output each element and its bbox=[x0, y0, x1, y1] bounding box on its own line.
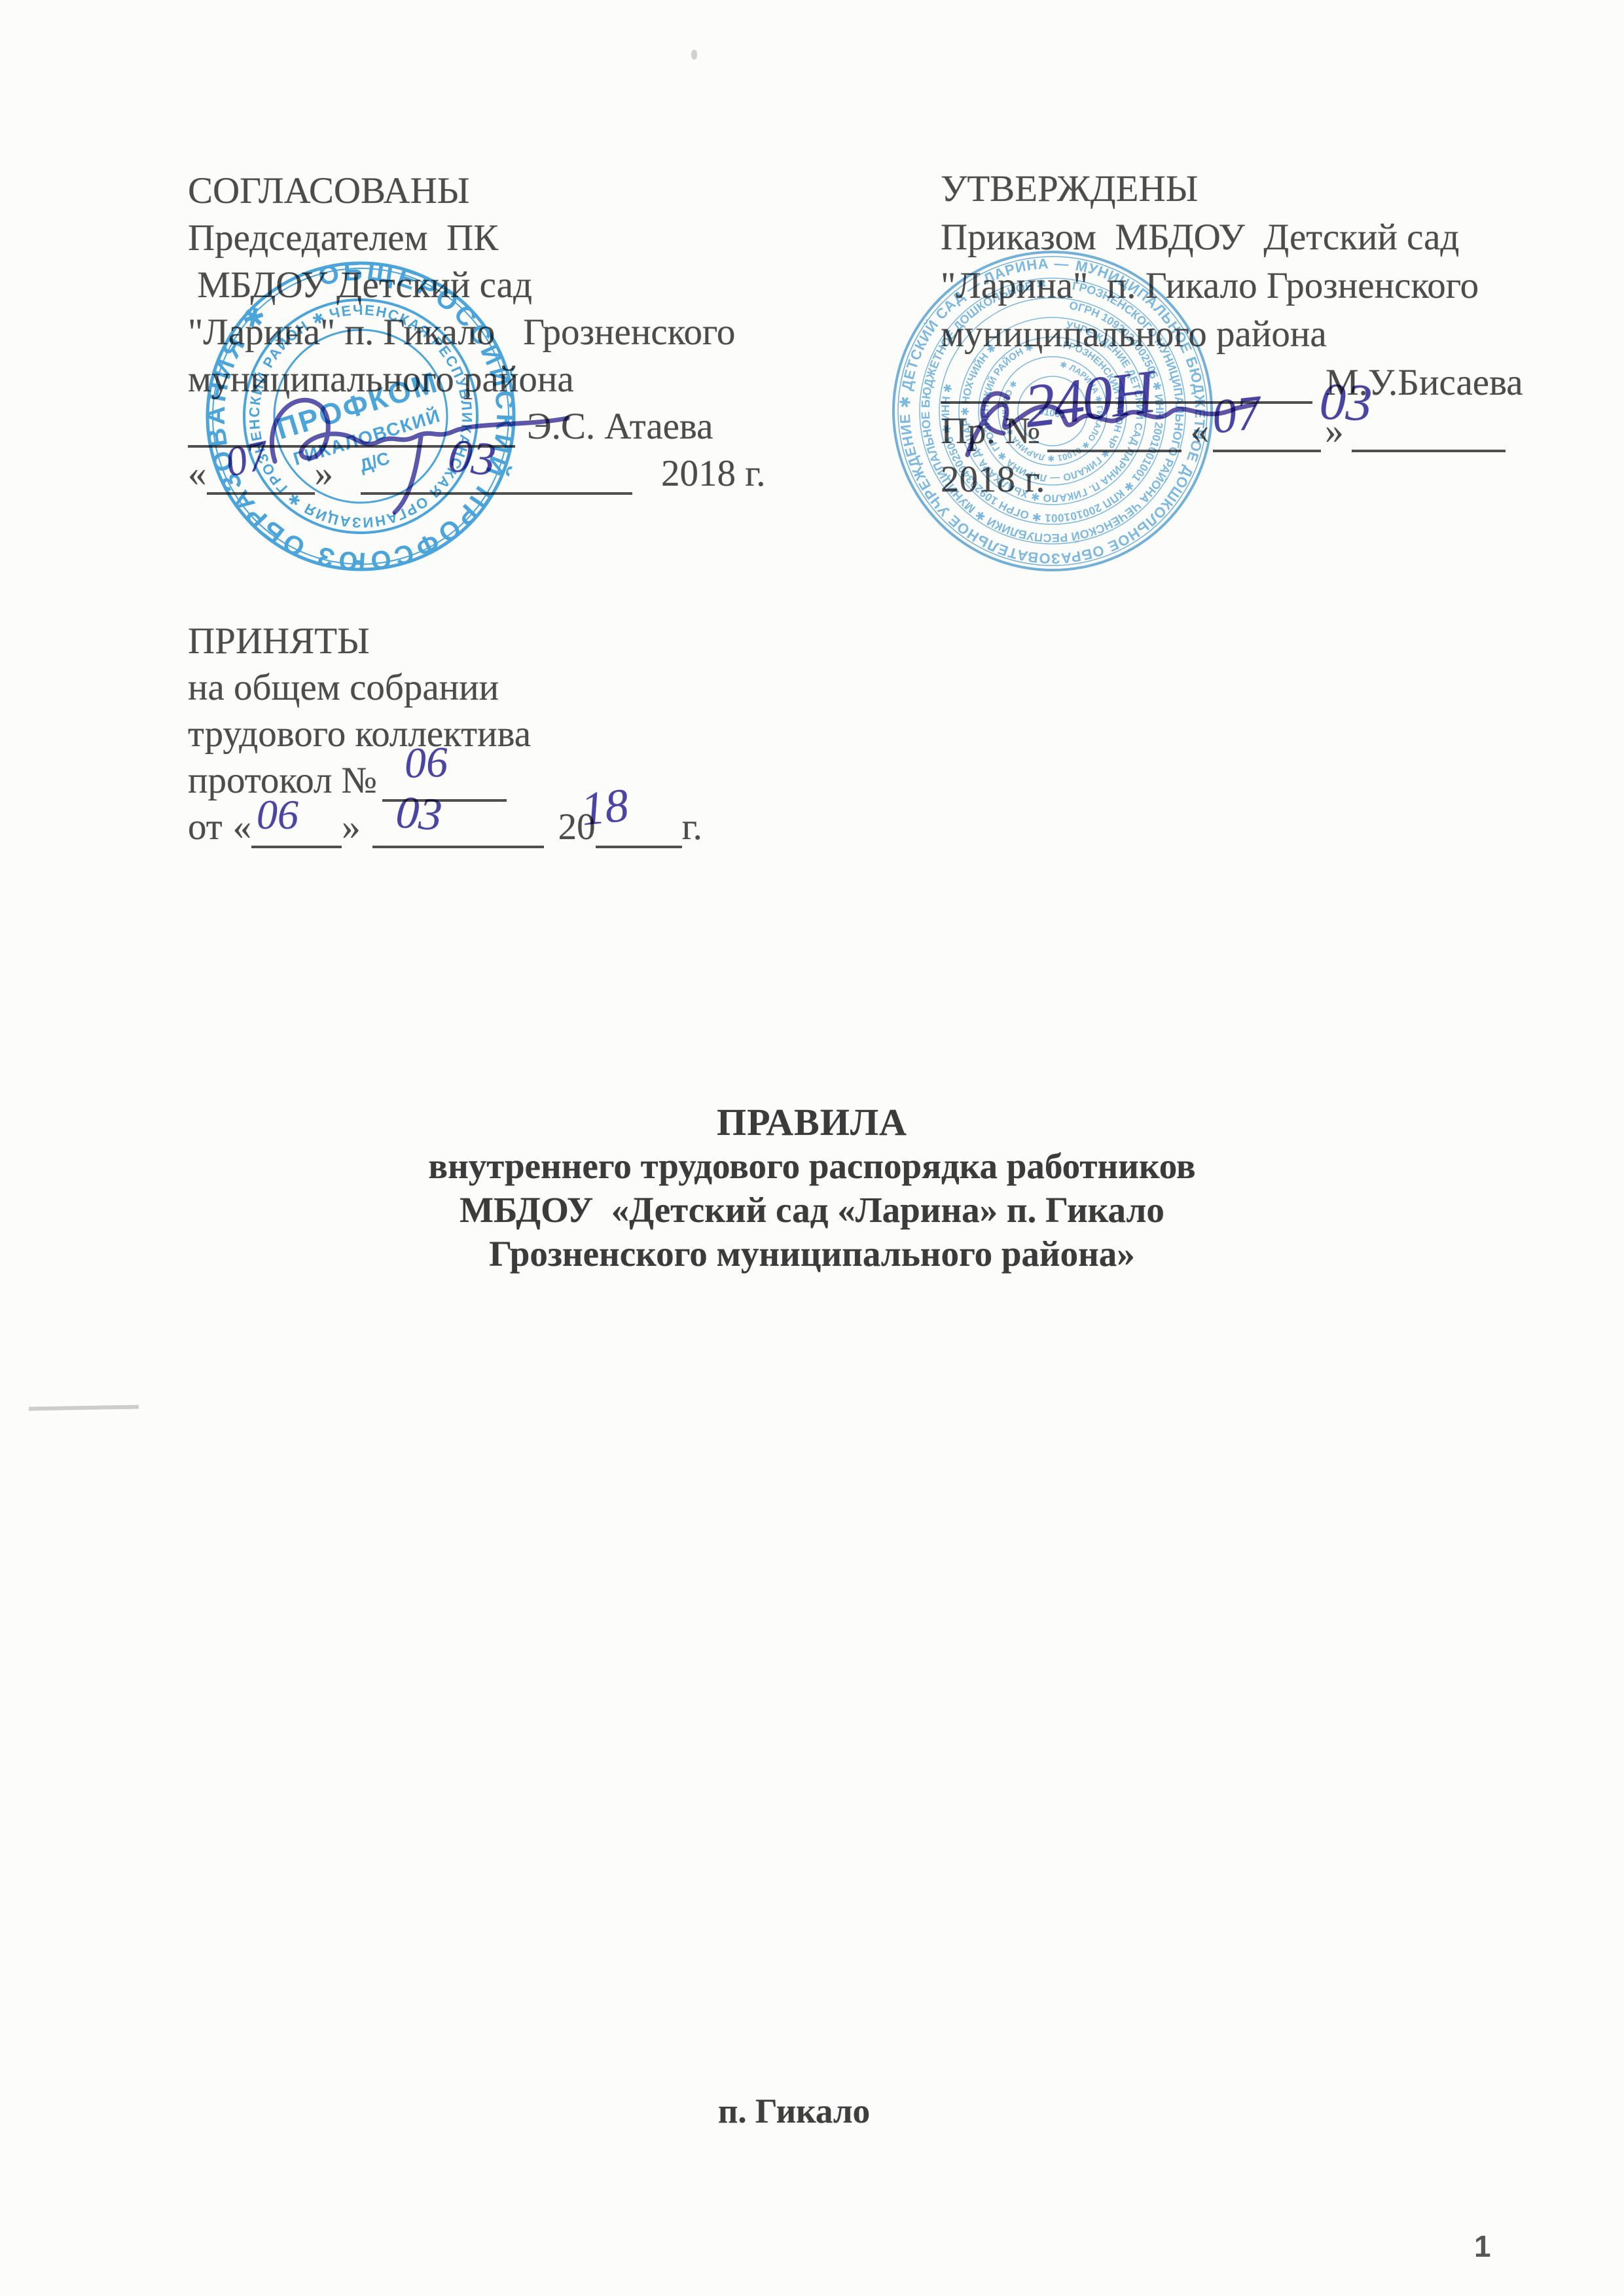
agreed-year-label: 2018 г. bbox=[661, 453, 765, 494]
year-blank bbox=[596, 838, 682, 848]
month-blank bbox=[1352, 442, 1506, 452]
from-label: от bbox=[188, 806, 223, 848]
title-line-4: Грозненского муниципального района» bbox=[0, 1232, 1624, 1276]
agreed-heading: СОГЛАСОВАНЫ bbox=[188, 168, 765, 215]
place-line: п. Гикало bbox=[0, 2092, 1588, 2131]
day-blank bbox=[251, 838, 342, 848]
scan-speck bbox=[691, 50, 697, 60]
title-line-1: ПРАВИЛА bbox=[0, 1100, 1624, 1144]
document-title: ПРАВИЛА внутреннего трудового распорядка… bbox=[0, 1100, 1624, 1276]
title-line-2: внутреннего трудового распорядка работни… bbox=[0, 1144, 1624, 1188]
scanned-document-page: СОГЛАСОВАНЫ Председателем ПК МБДОУ Детск… bbox=[0, 0, 1624, 2296]
adopted-line: на общем собрании bbox=[188, 664, 702, 711]
scan-dash-artifact bbox=[29, 1405, 139, 1411]
month-blank bbox=[372, 838, 544, 848]
adopted-hw-day: 06 bbox=[257, 791, 298, 839]
open-quote: « bbox=[188, 453, 207, 494]
agreed-hw-month: 03 bbox=[446, 428, 498, 487]
adopted-hw-year: 18 bbox=[579, 778, 631, 836]
approved-hw-month: 03 bbox=[1318, 372, 1373, 434]
agreed-signature-ink bbox=[245, 363, 599, 527]
adopted-hw-protocol-no: 06 bbox=[404, 738, 449, 789]
year-suffix: г. bbox=[682, 806, 702, 848]
adopted-hw-month: 03 bbox=[394, 787, 443, 842]
approved-heading: УТВЕРЖДЕНЫ bbox=[941, 165, 1523, 213]
page-number: 1 bbox=[1474, 2229, 1491, 2264]
open-quote: « bbox=[233, 806, 252, 848]
close-quote: » bbox=[342, 806, 361, 848]
title-line-3: МБДОУ «Детский сад «Ларина» п. Гикало bbox=[0, 1188, 1624, 1232]
adopted-heading: ПРИНЯТЫ bbox=[188, 618, 702, 664]
approved-hw-day: 07 bbox=[1210, 385, 1263, 445]
